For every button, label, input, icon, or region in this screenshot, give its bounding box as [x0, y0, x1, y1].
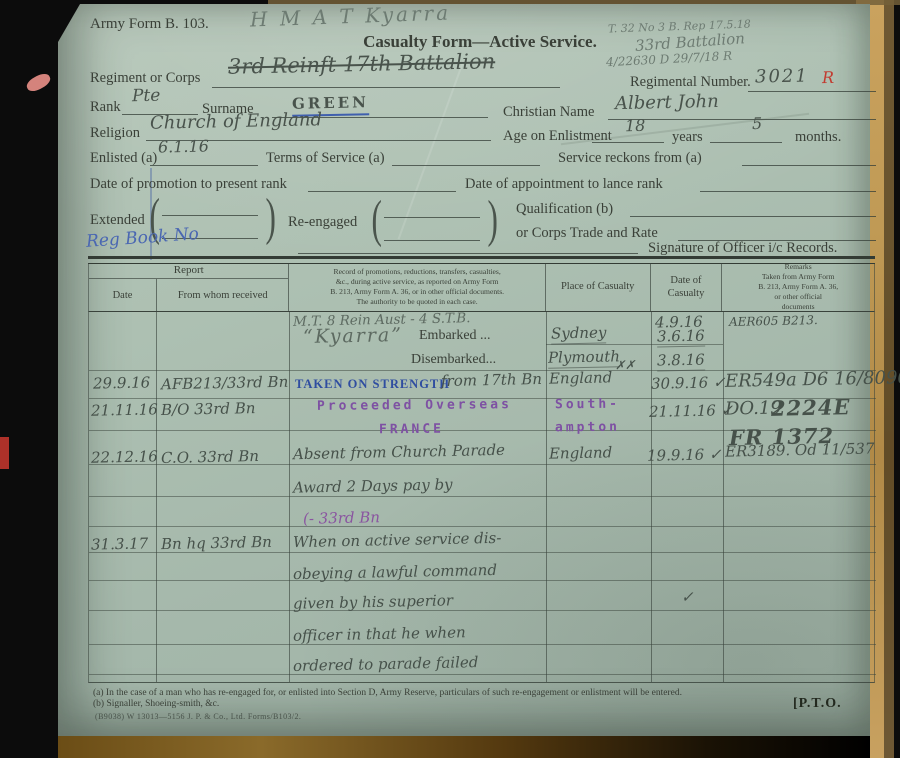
label-promotion: Date of promotion to present rank — [90, 176, 287, 193]
record-disobey-1: When on active service dis- — [293, 529, 502, 551]
col-record: Record of promotions, reductions, transf… — [288, 263, 544, 311]
ruled-line — [89, 610, 876, 611]
col-date: Date — [89, 279, 156, 311]
field-underline — [384, 216, 480, 218]
place-2: England — [549, 368, 613, 387]
label-extended: Extended — [90, 212, 145, 229]
label-christian-name: Christian Name — [503, 104, 594, 121]
ruled-line — [89, 674, 876, 675]
record-disobey-5: ordered to parade failed — [293, 653, 479, 675]
ruled-line — [89, 580, 876, 581]
column-line — [546, 312, 547, 682]
field-underline — [150, 164, 258, 166]
field-underline — [212, 86, 560, 88]
col-report: Report — [89, 263, 288, 279]
label-terms: Terms of Service (a) — [266, 150, 385, 167]
stamp-france: FRANCE — [379, 422, 444, 438]
report-from-4: C.O. 33rd Bn — [161, 447, 259, 467]
date-casualty-2: 30.9.16 ✓ — [651, 373, 726, 393]
report-date-5: 31.3.17 — [91, 534, 149, 553]
label-rank: Rank — [90, 99, 121, 116]
field-underline — [384, 239, 480, 241]
brace-left: ( — [371, 198, 381, 242]
label-years: years — [672, 129, 703, 146]
field-underline — [710, 141, 782, 143]
ruled-line — [89, 496, 876, 497]
signature-line — [298, 252, 638, 254]
label-reengaged: Re-engaged — [288, 214, 357, 231]
label-corps-trade: or Corps Trade and Rate — [516, 225, 658, 242]
date-casualty-3: 21.11.16 ✓ — [649, 401, 733, 421]
table-header: Report Date From whom received Record of… — [88, 263, 875, 312]
label-regimental-number: Regimental Number. — [630, 74, 751, 91]
embarked-date: 3.6.16 — [657, 327, 705, 348]
bottom-edge — [58, 736, 870, 758]
field-underline — [630, 215, 876, 217]
place-4: England — [549, 443, 613, 462]
report-date-2: 29.9.16 — [93, 373, 151, 392]
label-regiment: Regiment or Corps — [90, 70, 200, 87]
ruled-line — [89, 644, 876, 645]
column-line — [289, 312, 290, 682]
field-underline — [742, 164, 876, 166]
embarked-place: Sydney — [551, 323, 607, 344]
value-rank: Pte — [132, 86, 161, 107]
label-disembarked: Disembarked... — [411, 352, 496, 368]
field-underline — [308, 190, 456, 192]
label-qualification: Qualification (b) — [516, 201, 613, 218]
field-underline — [700, 190, 876, 192]
stamp-taken-on-strength: TAKEN ON STRENGTH — [295, 377, 450, 392]
report-date-3: 21.11.16 — [91, 400, 158, 419]
record-from-17th: from 17th Bn — [441, 370, 542, 390]
label-months: months. — [795, 129, 841, 146]
field-underline — [162, 214, 258, 216]
report-from-3: B/O 33rd Bn — [161, 399, 256, 419]
col-remarks: Remarks Taken from Army Form B. 213, Arm… — [721, 263, 874, 311]
red-edge-mark — [0, 437, 9, 469]
report-date-4: 22.12.16 — [91, 447, 158, 466]
scanned-document-page: Army Form B. 103. Casualty Form—Active S… — [0, 0, 900, 758]
value-religion: Church of England — [150, 109, 322, 134]
value-enlisted: 6.1.16 — [158, 136, 209, 156]
regimental-number-red-mark: R — [822, 68, 834, 87]
record-absent: Absent from Church Parade — [293, 441, 505, 463]
column-line — [651, 312, 652, 682]
label-signature: Signature of Officer i/c Records. — [648, 240, 837, 257]
record-disobey-4: officer in that he when — [293, 623, 466, 645]
value-christian-name: Albert John — [615, 91, 719, 114]
value-age-months: 5 — [752, 114, 763, 133]
remark-4: ER3189. Od 11/537 — [725, 439, 875, 460]
remark-3b: 2224E — [771, 394, 851, 421]
torn-corner — [58, 4, 80, 42]
stamp-proceeded-overseas: Proceeded Overseas — [317, 397, 512, 414]
stamp-south: South- — [555, 397, 620, 413]
footnote-a: (a) In the case of a man who has re-enga… — [93, 688, 682, 698]
table-body: Embarked ... Disembarked... M.T. 8 Rein … — [88, 312, 875, 683]
remark-2: ER549a D6 16/8090 — [725, 367, 900, 392]
record-disobey-3: given by his superior — [293, 591, 453, 612]
brace-right: ) — [265, 196, 275, 240]
record-award: Award 2 Days pay by — [293, 475, 453, 496]
ruled-line — [89, 526, 876, 527]
value-age-years: 18 — [625, 116, 646, 135]
column-line — [723, 312, 724, 682]
ship-name: “Kyarra” — [303, 324, 403, 348]
place-2-marks: ✗✗ — [615, 358, 635, 372]
col-from-whom: From whom received — [156, 279, 288, 311]
report-group: Report Date From whom received — [89, 263, 288, 311]
pink-mark — [24, 71, 52, 94]
label-service-reckons: Service reckons from (a) — [558, 150, 702, 167]
record-33rd-purple: (- 33rd Bn — [303, 508, 380, 528]
field-underline — [748, 90, 876, 92]
label-embarked: Embarked ... — [419, 328, 491, 344]
printer-imprint: (B9038) W 13013—5156 J. P. & Co., Ltd. F… — [95, 712, 301, 721]
col-date-of-casualty: Date of Casualty — [650, 263, 722, 311]
label-enlisted: Enlisted (a) — [90, 150, 157, 167]
pto-label: [P.T.O. — [793, 696, 842, 712]
col-place-of-casualty: Place of Casualty — [545, 263, 650, 311]
column-line — [156, 312, 157, 682]
remark-1: AER605 B213. — [729, 313, 818, 329]
date-casualty-5-tick: ✓ — [681, 588, 694, 606]
brace-right: ) — [487, 198, 497, 242]
field-underline — [392, 164, 540, 166]
report-from-5: Bn hq 33rd Bn — [161, 533, 272, 553]
field-underline — [608, 118, 876, 120]
date-casualty-4: 19.9.16 ✓ — [647, 445, 722, 465]
field-underline — [592, 141, 664, 143]
disembarked-date: 3.8.16 — [657, 351, 705, 372]
form-number: Army Form B. 103. — [90, 16, 209, 33]
stamp-ampton: ampton — [555, 420, 620, 436]
value-regimental-number: 3021 — [755, 65, 809, 87]
footnote-b: (b) Signaller, Shoeing-smith, &c. — [93, 699, 219, 709]
report-from-2: AFB213/33rd Bn — [161, 373, 289, 394]
label-religion: Religion — [90, 125, 140, 142]
disembarked-place: Plymouth — [548, 347, 620, 369]
